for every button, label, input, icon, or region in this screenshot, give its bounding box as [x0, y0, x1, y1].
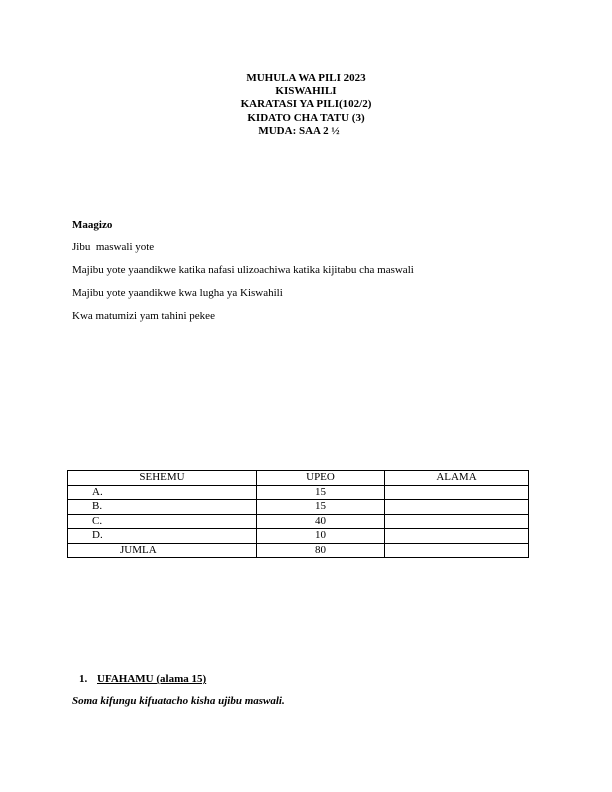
- table-row: D. 10: [68, 529, 529, 544]
- row-section: A.: [68, 485, 257, 500]
- instructions-block: Maagizo Jibu maswali yote Majibu yote ya…: [72, 219, 414, 333]
- exam-term: MUHULA WA PILI 2023: [0, 72, 612, 85]
- section-heading: 1.UFAHAMU (alama 15): [79, 673, 206, 685]
- header-upeo: UPEO: [257, 471, 385, 486]
- section-number: 1.: [79, 673, 97, 685]
- section-title: UFAHAMU (alama 15): [97, 673, 206, 685]
- row-max-total: 80: [257, 543, 385, 558]
- row-section-total: JUMLA: [68, 543, 257, 558]
- header-alama: ALAMA: [385, 471, 529, 486]
- table-row: B. 15: [68, 500, 529, 515]
- row-section: D.: [68, 529, 257, 544]
- table-row: A. 15: [68, 485, 529, 500]
- instruction-item: Jibu maswali yote: [72, 241, 414, 264]
- table-header-row: SEHEMU UPEO ALAMA: [68, 471, 529, 486]
- exam-paper: KARATASI YA PILI(102/2): [0, 98, 612, 111]
- row-max: 15: [257, 485, 385, 500]
- row-max: 40: [257, 514, 385, 529]
- row-score: [385, 500, 529, 515]
- exam-duration: MUDA: SAA 2 ½: [0, 125, 612, 138]
- marks-table: SEHEMU UPEO ALAMA A. 15 B. 15 C. 40 D. 1…: [67, 470, 529, 558]
- instruction-item: Majibu yote yaandikwe katika nafasi uliz…: [72, 264, 414, 287]
- exam-class: KIDATO CHA TATU (3): [0, 112, 612, 125]
- instructions-title: Maagizo: [72, 219, 414, 241]
- row-section: C.: [68, 514, 257, 529]
- instruction-item: Kwa matumizi yam tahini pekee: [72, 310, 414, 333]
- header-sehemu: SEHEMU: [68, 471, 257, 486]
- row-score: [385, 485, 529, 500]
- exam-header: MUHULA WA PILI 2023 KISWAHILI KARATASI Y…: [0, 72, 612, 138]
- row-max: 10: [257, 529, 385, 544]
- section-instruction: Soma kifungu kifuatacho kisha ujibu masw…: [72, 695, 285, 707]
- row-max: 15: [257, 500, 385, 515]
- row-section: B.: [68, 500, 257, 515]
- table-row: C. 40: [68, 514, 529, 529]
- row-score: [385, 514, 529, 529]
- instruction-item: Majibu yote yaandikwe kwa lugha ya Kiswa…: [72, 287, 414, 310]
- row-score: [385, 529, 529, 544]
- table-total-row: JUMLA 80: [68, 543, 529, 558]
- exam-subject: KISWAHILI: [0, 85, 612, 98]
- row-score-total: [385, 543, 529, 558]
